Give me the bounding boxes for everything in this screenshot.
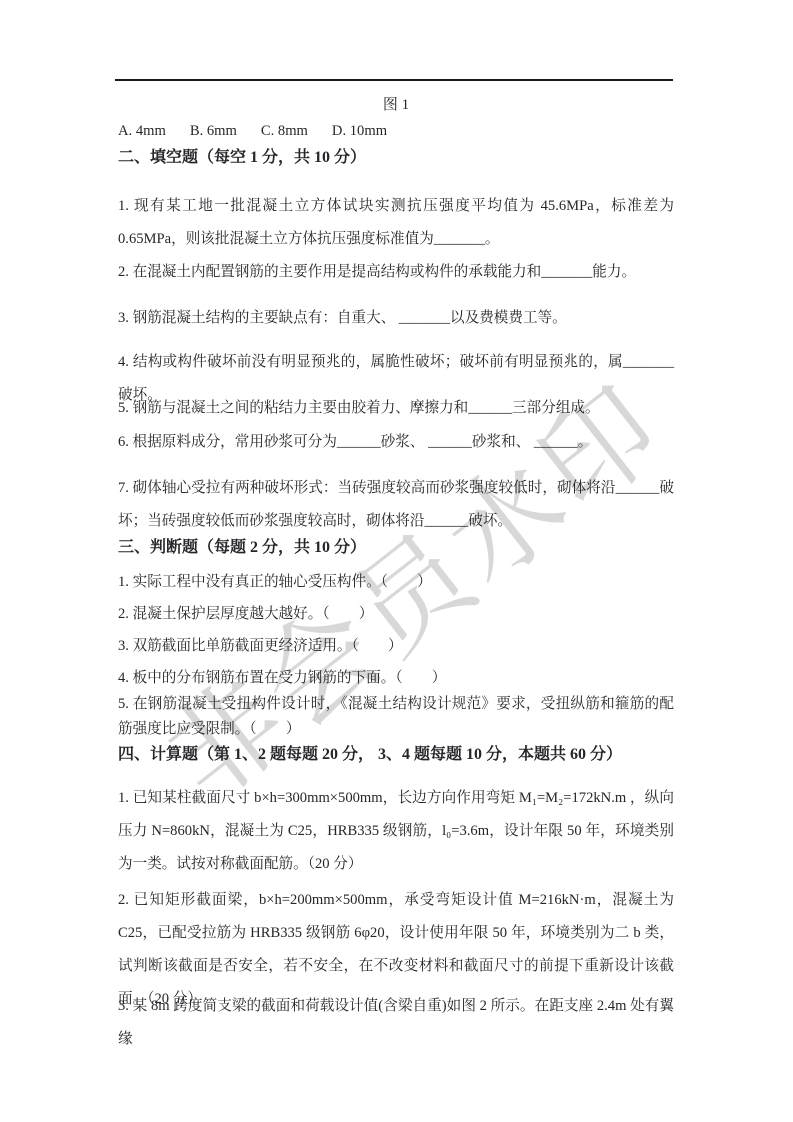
option-d: D. 10mm <box>332 121 387 141</box>
section-heading-judge: 三、判断题（每题 2 分，共 10 分） <box>118 537 678 559</box>
option-a: A. 4mm <box>118 121 166 141</box>
judge-question-5: 5. 在钢筋混凝土受扭构件设计时，《混凝土结构设计规范》要求，受扭纵筋和箍筋的配… <box>118 692 674 742</box>
fill-blank-question-6: 6. 根据原料成分，常用砂浆可分为______砂浆、 ______砂浆和、 __… <box>118 426 674 459</box>
judge-question-1: 1. 实际工程中没有真正的轴心受压构件。（ ） <box>118 566 674 599</box>
content-layer: 图 1 A. 4mm B. 6mm C. 8mm D. 10mm 二、填空题（每… <box>0 0 793 1122</box>
choice-options-row: A. 4mm B. 6mm C. 8mm D. 10mm <box>118 121 674 141</box>
figure-bottom-divider <box>115 79 673 81</box>
fill-blank-question-7: 7. 砌体轴心受拉有两种破坏形式：当砖强度较高而砂浆强度较低时，砌体将沿____… <box>118 472 674 538</box>
section-heading-calc: 四、计算题（第 1、2 题每题 20 分， 3、4 题每题 10 分，本题共 6… <box>118 744 678 766</box>
section-heading-fill-blank: 二、填空题（每空 1 分，共 10 分） <box>118 147 678 169</box>
judge-question-3: 3. 双筋截面比单筋截面更经济适用。（ ） <box>118 630 674 663</box>
fill-blank-question-2: 2. 在混凝土内配置钢筋的主要作用是提高结构或构件的承载能力和_______能力… <box>118 256 674 289</box>
judge-question-4: 4. 板中的分布钢筋布置在受力钢筋的下面。（ ） <box>118 662 674 695</box>
option-b: B. 6mm <box>190 121 237 141</box>
calc-question-1: 1. 已知某柱截面尺寸 b×h=300mm×500mm，长边方向作用弯矩 M₁=… <box>118 782 674 881</box>
calc-question-3: 3. 某 8m 跨度简支梁的截面和荷载设计值(含梁自重)如图 2 所示。在距支座… <box>118 990 674 1056</box>
exam-paper-page: 非会员水印 图 1 A. 4mm B. 6mm C. 8mm D. 10mm 二… <box>0 0 793 1122</box>
fill-blank-question-1: 1. 现有某工地一批混凝土立方体试块实测抗压强度平均值为 45.6MPa，标准差… <box>118 190 674 256</box>
judge-question-2: 2. 混凝土保护层厚度越大越好。（ ） <box>118 598 674 631</box>
option-c: C. 8mm <box>261 121 308 141</box>
figure1-caption: 图 1 <box>118 95 674 115</box>
fill-blank-question-3: 3. 钢筋混凝土结构的主要缺点有：自重大、 _______以及费模费工等。 <box>118 302 674 335</box>
fill-blank-question-5: 5. 钢筋与混凝土之间的粘结力主要由胶着力、摩擦力和______三部分组成。 <box>118 392 674 425</box>
